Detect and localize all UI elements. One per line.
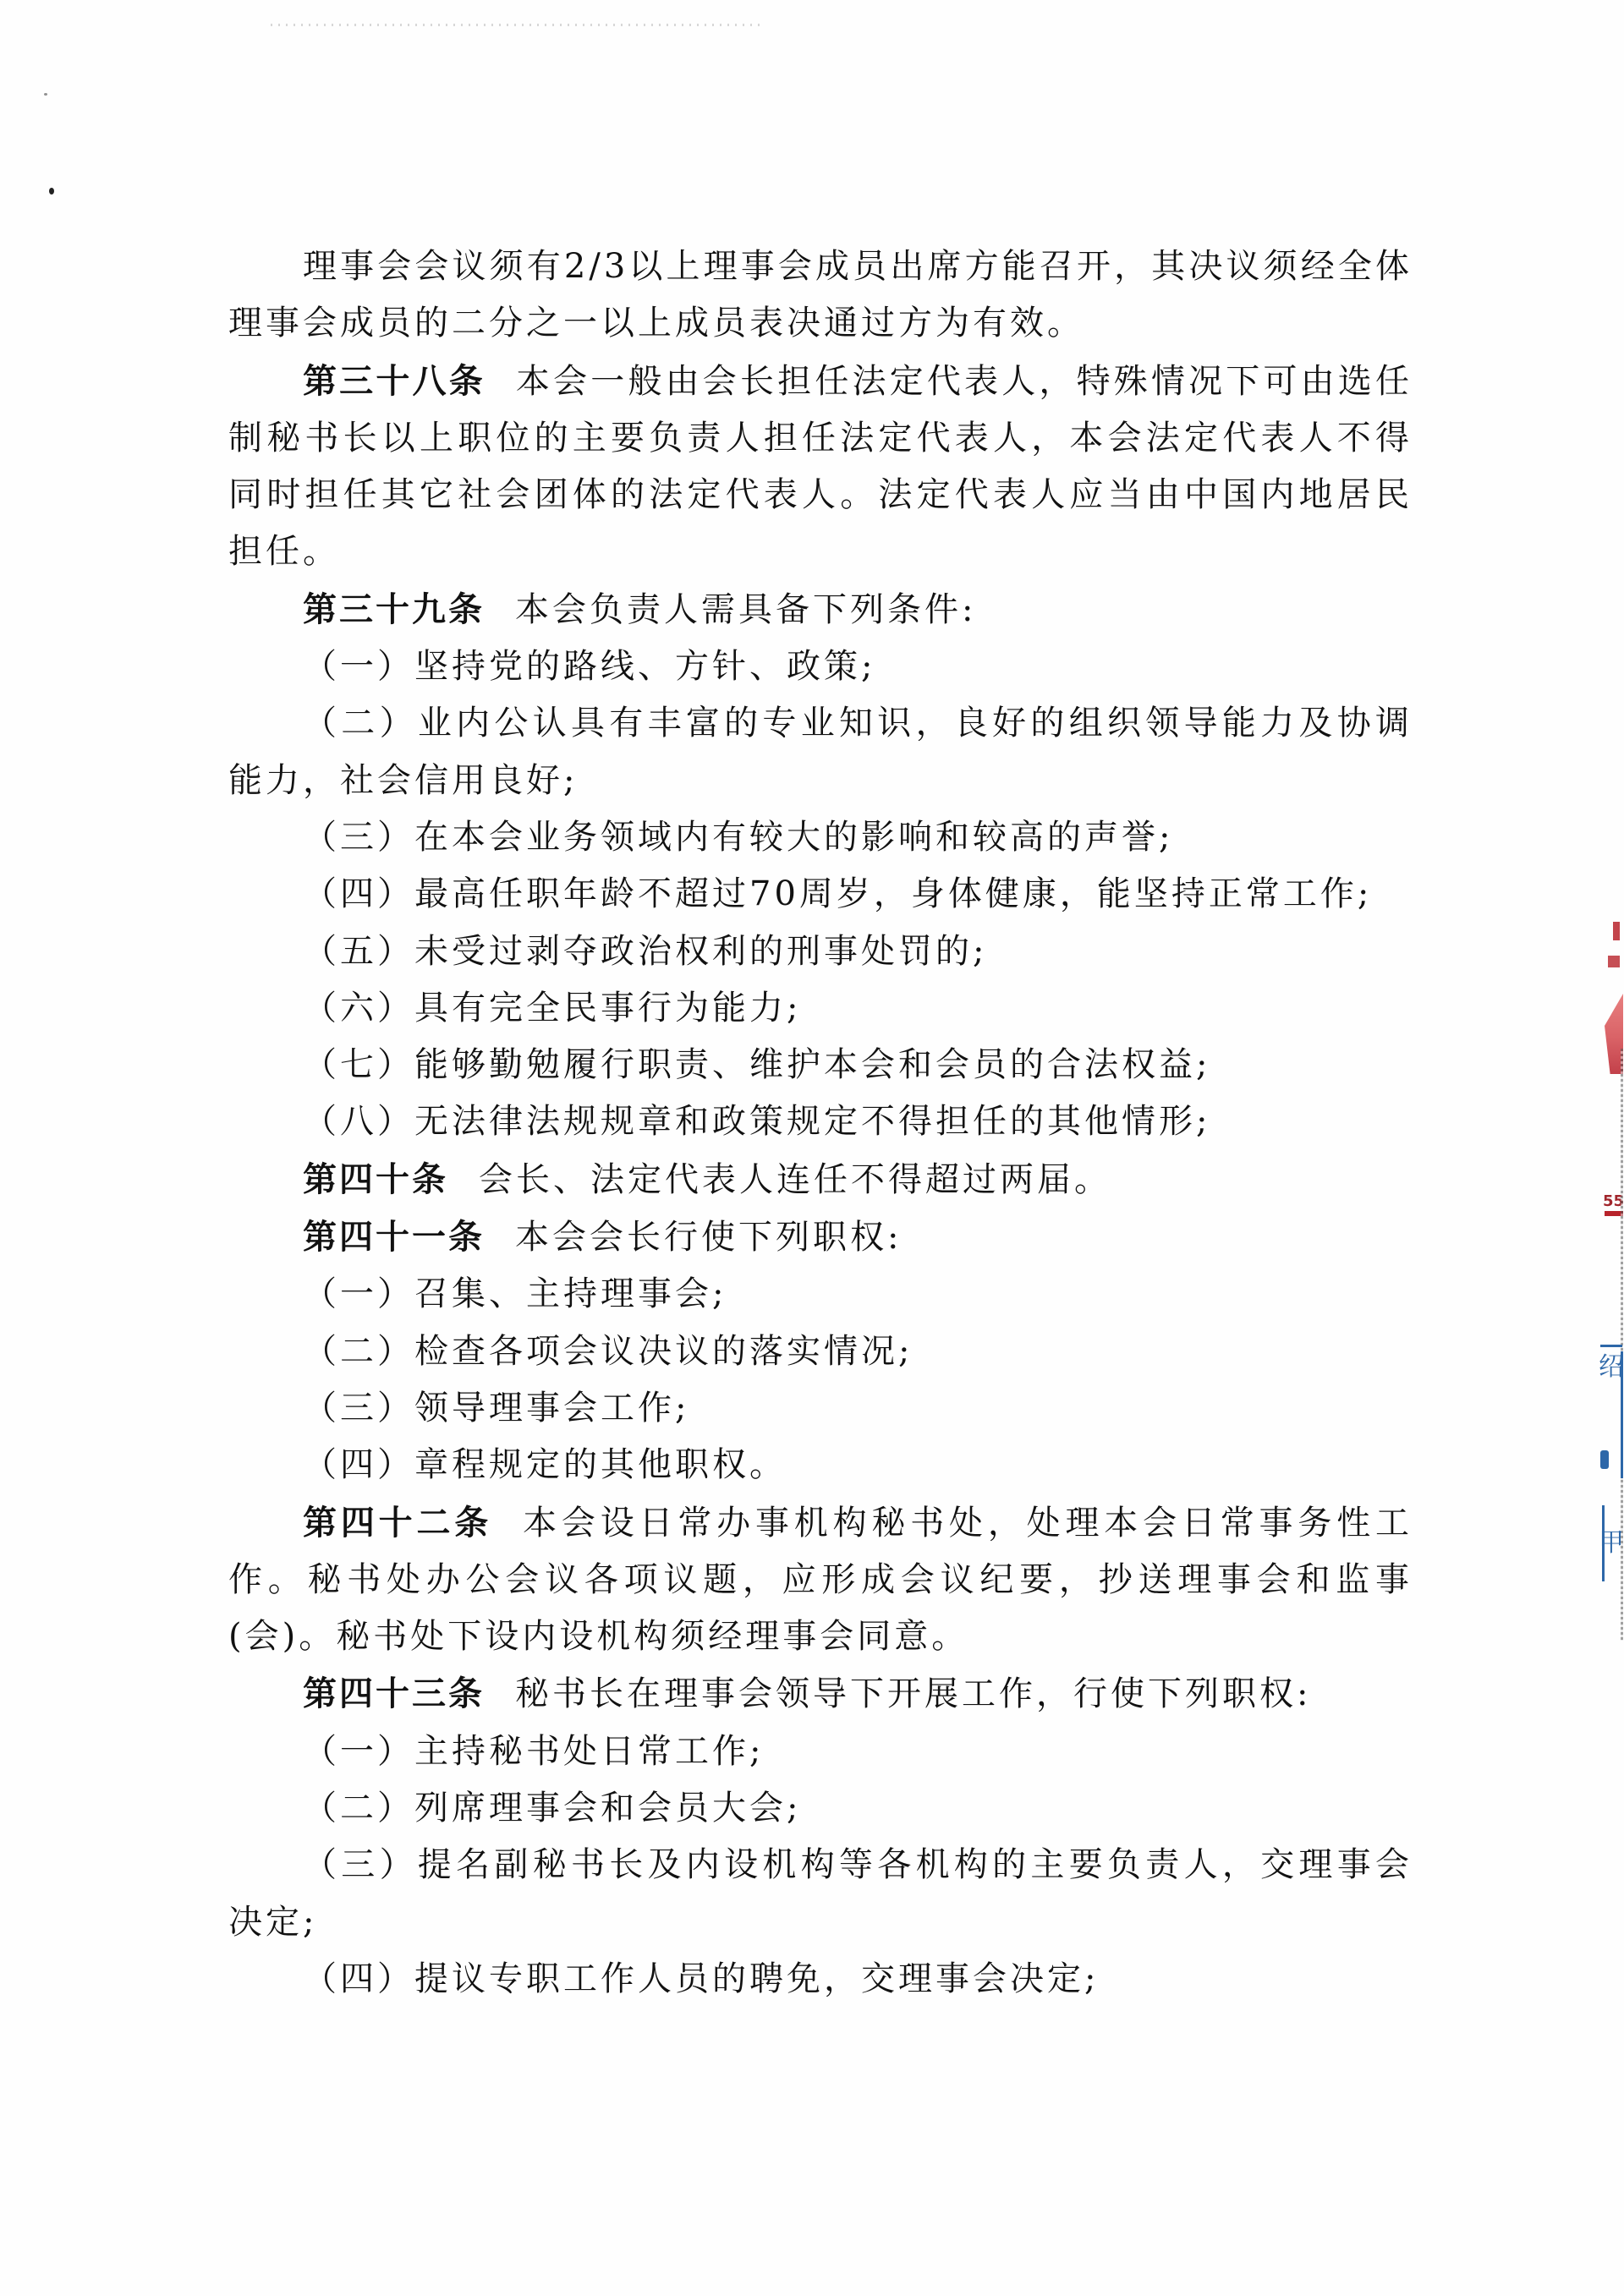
- list-item: （三）提名副秘书长及内设机构等各机构的主要负责人，交理事会决定;: [228, 1837, 1413, 1951]
- article-38: 第三十八条本会一般由会长担任法定代表人，特殊情况下可由选任制秘书长以上职位的主要…: [228, 353, 1413, 581]
- list-item: （八）无法律法规规章和政策规定不得担任的其他情形;: [228, 1093, 1413, 1150]
- paragraph-continuation: 理事会会议须有2/3以上理事会成员出席方能召开，其决议须经全体理事会成员的二分之…: [228, 238, 1413, 353]
- article-42: 第四十二条本会设日常办事机构秘书处，处理本会日常事务性工作。秘书处办公会议各项议…: [228, 1494, 1413, 1666]
- article-40: 第四十条会长、法定代表人连任不得超过两届。: [228, 1151, 1413, 1208]
- scan-artifact-dot: [44, 93, 47, 96]
- blue-stamp-stroke: [1600, 1345, 1622, 1347]
- scan-artifact-dot: [49, 188, 54, 195]
- list-item: （四）提议专职工作人员的聘免，交理事会决定;: [228, 1951, 1413, 2008]
- article-text: 会长、法定代表人连任不得超过两届。: [479, 1160, 1111, 1199]
- red-seal-stroke: [1608, 956, 1620, 967]
- list-item: （六）具有完全民事行为能力;: [228, 980, 1413, 1037]
- article-number: 第三十八条: [303, 361, 486, 401]
- article-number: 第三十九条: [303, 589, 485, 629]
- list-item: （五）未受过剥夺政治权利的刑事处罚的;: [228, 923, 1413, 980]
- list-item: （七）能够勤勉履行职责、维护本会和会员的合法权益;: [228, 1037, 1413, 1093]
- blue-stamp-fragment: 绍 甲: [1597, 1345, 1624, 1615]
- red-seal-stroke: [1613, 922, 1620, 940]
- list-item: （三）在本会业务领域内有较大的影响和较高的声誉;: [228, 809, 1413, 866]
- scanned-page: 理事会会议须有2/3以上理事会成员出席方能召开，其决议须经全体理事会成员的二分之…: [0, 0, 1624, 2296]
- list-item: （四）最高任职年龄不超过70周岁，身体健康，能坚持正常工作;: [228, 866, 1413, 923]
- scan-artifact-top: [271, 24, 761, 26]
- article-number: 第四十二条: [303, 1503, 492, 1543]
- article-number: 第四十一条: [303, 1217, 485, 1257]
- document-body: 理事会会议须有2/3以上理事会成员出席方能召开，其决议须经全体理事会成员的二分之…: [228, 238, 1413, 2008]
- list-item: （三）领导理事会工作;: [228, 1380, 1413, 1437]
- article-text: 本会负责人需具备下列条件:: [515, 590, 976, 629]
- list-item: （四）章程规定的其他职权。: [228, 1437, 1413, 1493]
- list-item: （二）列席理事会和会员大会;: [228, 1780, 1413, 1837]
- article-number: 第四十三条: [303, 1674, 485, 1713]
- blue-stamp-glyph: 甲: [1599, 1531, 1624, 1556]
- blue-stamp-stroke: [1600, 1450, 1609, 1469]
- list-item: （二）业内公认具有丰富的专业知识，良好的组织领导能力及协调能力，社会信用良好;: [228, 695, 1413, 809]
- list-item: （一）坚持党的路线、方针、政策;: [228, 638, 1413, 695]
- paragraph-text: 理事会会议须有2/3以上理事会成员出席方能召开，其决议须经全体理事会成员的二分之…: [228, 247, 1413, 342]
- article-41: 第四十一条本会会长行使下列职权:: [228, 1208, 1413, 1266]
- article-39: 第三十九条本会负责人需具备下列条件:: [228, 581, 1413, 638]
- list-item: （二）检查各项会议决议的落实情况;: [228, 1323, 1413, 1380]
- article-text: 本会会长行使下列职权:: [515, 1218, 902, 1257]
- article-number: 第四十条: [303, 1159, 448, 1199]
- blue-stamp-stroke: [1621, 1351, 1623, 1478]
- list-item: （一）召集、主持理事会;: [228, 1266, 1413, 1323]
- article-43: 第四十三条秘书长在理事会领导下开展工作，行使下列职权:: [228, 1665, 1413, 1723]
- list-item: （一）主持秘书处日常工作;: [228, 1723, 1413, 1780]
- article-text: 秘书长在理事会领导下开展工作，行使下列职权:: [515, 1674, 1311, 1713]
